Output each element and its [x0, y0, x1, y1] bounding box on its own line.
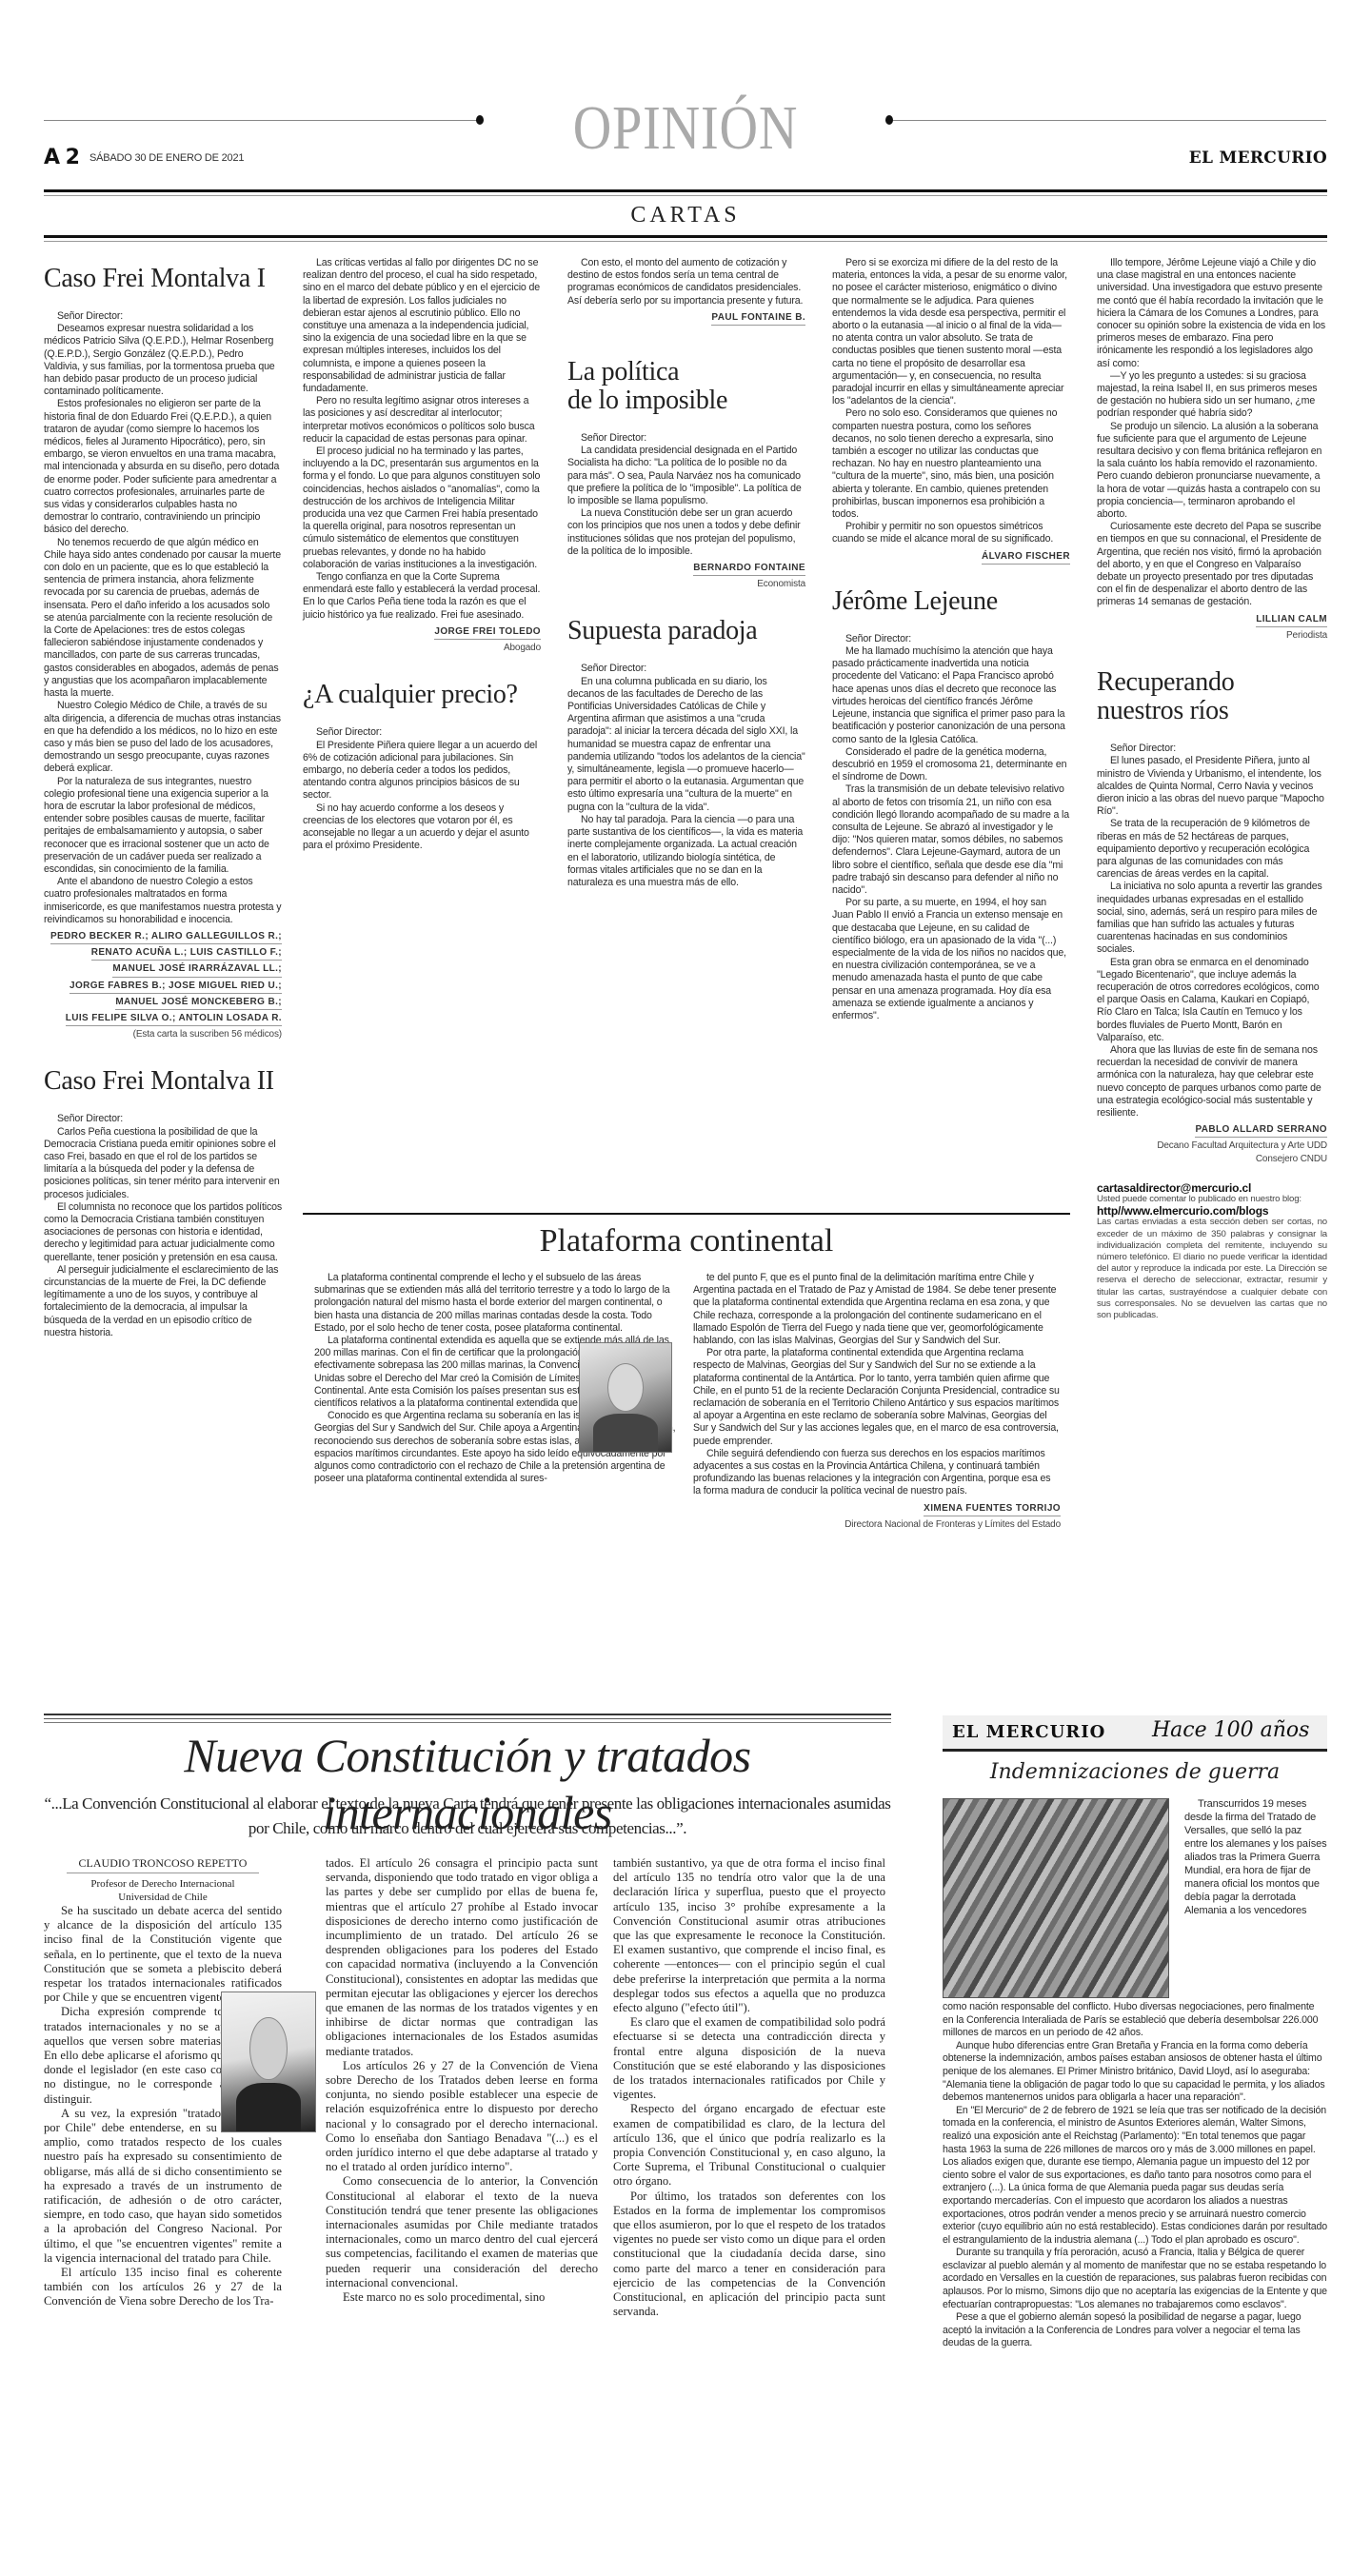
title-line: de lo imposible: [567, 386, 727, 415]
page-number: A 2: [44, 146, 79, 169]
plataforma-top-rule: [303, 1213, 1070, 1215]
cartas-divider-thin: [44, 241, 1327, 242]
paragraph: En una columna publicada en su diario, l…: [567, 676, 805, 814]
letters-column-1: Caso Frei Montalva I Señor Director: Des…: [44, 257, 282, 1339]
paragraph: El proceso judicial no ha terminado y la…: [303, 446, 541, 571]
subsection-title: CARTAS: [590, 198, 781, 232]
signature-role: Abogado: [303, 642, 541, 654]
issue-date: SÁBADO 30 DE ENERO DE 2021: [89, 152, 244, 164]
signature-note: (Esta carta la suscriben 56 médicos): [44, 1028, 282, 1040]
column-pullquote: “...La Convención Constitucional al elab…: [44, 1792, 891, 1841]
author-photo: [579, 1342, 672, 1453]
paper-logo: EL MERCURIO: [1189, 149, 1327, 168]
signature-role: Periodista: [1097, 629, 1327, 642]
hace100-title: Indemnizaciones de guerra: [943, 1759, 1327, 1786]
letter-title: ¿A cualquier precio?: [303, 681, 541, 709]
paragraph: Se trata de la recuperación de 9 kilómet…: [1097, 818, 1327, 881]
paragraph: Ahora que las lluvias de este fin de sem…: [1097, 1044, 1327, 1120]
paragraph: El columnista no reconoce que los partid…: [44, 1201, 282, 1264]
paragraph: Como consecuencia de lo anterior, la Con…: [326, 2174, 598, 2290]
paragraph: Por otra parte, la plataforma continenta…: [693, 1347, 1061, 1448]
salutation: Señor Director:: [1097, 743, 1327, 755]
letter-title: Caso Frei Montalva I: [44, 265, 282, 293]
portrait-body: [593, 1414, 657, 1452]
letters-column-5: Illo tempore, Jérôme Lejeune viajó a Chi…: [1097, 257, 1327, 1321]
ornament-dot-icon: [885, 115, 893, 125]
paragraph: Nuestro Colegio Médico de Chile, a travé…: [44, 700, 282, 775]
letter-title: La política de lo imposible: [567, 358, 805, 415]
paragraph: La nueva Constitución debe ser un gran a…: [567, 507, 805, 558]
paragraph: Este marco no es solo procedimental, sin…: [326, 2290, 598, 2305]
hace100-script: Hace 100 años: [1152, 1718, 1309, 1742]
signature: PEDRO BECKER R.; ALIRO GALLEGUILLOS R.;: [50, 930, 282, 944]
archive-war-photo: [943, 1798, 1169, 1998]
paragraph: El artículo 135 inciso final es coherent…: [44, 2266, 282, 2309]
author-photo: [221, 1991, 316, 2132]
paragraph: No hay tal paradoja. Para la ciencia —o …: [567, 814, 805, 889]
paragraph: te del punto F, que es el punto final de…: [693, 1272, 1061, 1347]
paragraph: Carlos Peña cuestiona la posibilidad de …: [44, 1126, 282, 1201]
ornament-dot-icon: [476, 115, 484, 125]
paragraph: Chile seguirá defendiendo con fuerza sus…: [693, 1448, 1061, 1498]
salutation: Señor Director:: [44, 1113, 282, 1125]
signature-role: Directora Nacional de Fronteras y Límite…: [693, 1518, 1061, 1531]
paragraph: Si no hay acuerdo conforme a los deseos …: [303, 803, 541, 853]
paragraph: Con esto, el monto del aumento de cotiza…: [567, 257, 805, 307]
paragraph: La candidata presidencial designada en e…: [567, 445, 805, 507]
paragraph: Curiosamente este decreto del Papa se su…: [1097, 521, 1327, 608]
paragraph: La iniciativa no solo apunta a revertir …: [1097, 881, 1327, 956]
paragraph: Se ha suscitado un debate acerca del sen…: [44, 1904, 282, 2005]
column-text-3: también sustantivo, ya que de otra forma…: [613, 1856, 885, 2320]
paragraph: Los artículos 26 y 27 de la Convención d…: [326, 2059, 598, 2175]
masthead-divider: [44, 189, 1327, 192]
author-block: CLAUDIO TRONCOSO REPETTO Profesor de Der…: [53, 1856, 272, 1904]
salutation: Señor Director:: [567, 663, 805, 675]
signature: RENATO ACUÑA L.; LUIS CASTILLO F.;: [91, 946, 282, 961]
portrait-face: [607, 1363, 644, 1412]
role-line: Decano Facultad Arquitectura y Arte UDD: [1157, 1140, 1327, 1151]
portrait-body: [236, 2083, 302, 2131]
paragraph: En "El Mercurio" de 2 de febrero de 1921…: [943, 2105, 1327, 2248]
cartas-divider: [44, 235, 1327, 238]
signature-role: Economista: [567, 578, 805, 590]
paragraph: Respecto del órgano encargado de efectua…: [613, 2102, 885, 2189]
hace100-body: como nación responsable del conflicto. H…: [943, 2001, 1327, 2350]
signature: XIMENA FUENTES TORRIJO: [924, 1502, 1061, 1516]
paragraph: Ante el abandono de nuestro Colegio a es…: [44, 876, 282, 926]
paragraph: Illo tempore, Jérôme Lejeune viajó a Chi…: [1097, 257, 1327, 370]
paragraph: Aunque hubo diferencias entre Gran Breta…: [943, 2040, 1327, 2105]
paragraph: El Presidente Piñera quiere llegar a un …: [303, 740, 541, 803]
salutation: Señor Director:: [832, 633, 1070, 645]
column-top-rule-2: [44, 1718, 891, 1719]
paragraph: Tras la transmisión de un debate televis…: [832, 783, 1070, 897]
paragraph: Por la naturaleza de sus integrantes, nu…: [44, 776, 282, 877]
signature: LUIS FELIPE SILVA O.; ANTOLIN LOSADA R.: [66, 1012, 282, 1026]
signature-role: Decano Facultad Arquitectura y Arte UDD …: [1097, 1139, 1327, 1164]
salutation: Señor Director:: [567, 432, 805, 445]
blog-link[interactable]: http//www.elmercurio.com/blogs: [1097, 1205, 1327, 1217]
paragraph: como nación responsable del conflicto. H…: [943, 2001, 1327, 2040]
letters-column-4: Pero si se exorciza mi difiere de la del…: [832, 257, 1070, 1022]
paragraph: Transcurridos 19 meses desde la firma de…: [1184, 1797, 1327, 1917]
letter-title: Recuperando nuestros ríos: [1097, 668, 1327, 725]
role-line: Consejero CNDU: [1256, 1154, 1327, 1164]
signature: PABLO ALLARD SERRANO: [1195, 1123, 1327, 1138]
letters-column-3: Con esto, el monto del aumento de cotiza…: [567, 257, 805, 889]
paragraph: Tengo confianza en que la Corte Suprema …: [303, 571, 541, 622]
author-affiliation: Universidad de Chile: [53, 1891, 272, 1904]
paragraph: Esta gran obra se enmarca en el denomina…: [1097, 957, 1327, 1044]
paragraph: Por su parte, a su muerte, en 1994, el h…: [832, 897, 1070, 1022]
paragraph: Pero si se exorciza mi difiere de la del…: [832, 257, 1070, 407]
paragraph: también sustantivo, ya que de otra forma…: [613, 1856, 885, 2015]
column-text-2: tados. El artículo 26 consagra el princi…: [326, 1856, 598, 2305]
plataforma-title: Plataforma continental: [303, 1222, 1070, 1260]
letters-column-2: Las críticas vertidas al fallo por dirig…: [303, 257, 541, 852]
paragraph: Pese a que el gobierno alemán sopesó la …: [943, 2311, 1327, 2350]
title-line: nuestros ríos: [1097, 696, 1228, 725]
column-top-rule-3: [44, 1722, 891, 1723]
signature: PAUL FONTAINE B.: [711, 311, 805, 326]
author-name: CLAUDIO TRONCOSO REPETTO: [67, 1856, 259, 1873]
signature: JORGE FABRES B.; JOSE MIGUEL RIED U.;: [70, 980, 282, 994]
paragraph: El lunes pasado, el Presidente Piñera, j…: [1097, 755, 1327, 818]
masthead-divider-thin: [44, 195, 1327, 196]
portrait-face: [249, 2017, 287, 2080]
paragraph: Considerado el padre de la genética mode…: [832, 746, 1070, 784]
signature: BERNARDO FONTAINE: [693, 562, 805, 576]
salutation: Señor Director:: [44, 310, 282, 323]
author-role: Profesor de Derecho Internacional: [53, 1877, 272, 1891]
email-link[interactable]: cartasaldirector@mercurio.cl: [1097, 1182, 1327, 1194]
letters-policy: Las cartas enviadas a esta sección deben…: [1097, 1217, 1327, 1321]
hace100-brand: EL MERCURIO: [952, 1722, 1105, 1742]
paragraph: La plataforma continental comprende el l…: [314, 1272, 676, 1335]
letter-title: Supuesta paradoja: [567, 617, 805, 645]
paragraph: Me ha llamado muchísimo la atención que …: [832, 645, 1070, 746]
paragraph: Por último, los tratados son deferentes …: [613, 2190, 885, 2320]
signature: MANUEL JOSÉ MONCKEBERG B.;: [115, 996, 282, 1010]
paragraph: Pero no resulta legítimo asignar otros i…: [303, 395, 541, 446]
letter-title: Caso Frei Montalva II: [44, 1067, 282, 1096]
salutation: Señor Director:: [303, 726, 541, 739]
paragraph: Al perseguir judicialmente el esclarecim…: [44, 1264, 282, 1339]
title-line: La política: [567, 357, 679, 386]
title-line: Recuperando: [1097, 667, 1234, 697]
paragraph: No tenemos recuerdo de que algún médico …: [44, 537, 282, 701]
signature: JORGE FREI TOLEDO: [434, 625, 541, 640]
paragraph: Estos profesionales no eligieron ser par…: [44, 398, 282, 536]
paragraph: Es claro que el examen de compatibilidad…: [613, 2015, 885, 2102]
paragraph: Deseamos expresar nuestra solidaridad a …: [44, 323, 282, 398]
signature: LILLIAN CALM: [1256, 613, 1327, 627]
section-title: OPINIÓN: [524, 95, 847, 162]
signature: ÁLVARO FISCHER: [982, 550, 1070, 565]
letter-title: Jérôme Lejeune: [832, 587, 1070, 616]
hace100-banner: EL MERCURIO Hace 100 años: [943, 1715, 1327, 1752]
paragraph: Prohibir y permitir no son opuestos simé…: [832, 521, 1070, 545]
paragraph: Las críticas vertidas al fallo por dirig…: [303, 257, 541, 395]
paragraph: Pero no solo eso. Consideramos que quien…: [832, 407, 1070, 521]
hace100-intro: Transcurridos 19 meses desde la firma de…: [1184, 1797, 1327, 1917]
paragraph: Se produjo un silencio. La alusión a la …: [1097, 421, 1327, 522]
paragraph: Durante su tranquila y fría peroración, …: [943, 2247, 1327, 2311]
signature: MANUEL JOSÉ IRARRÁZAVAL LL.;: [112, 962, 282, 977]
signature-block: PEDRO BECKER R.; ALIRO GALLEGUILLOS R.; …: [44, 930, 282, 1028]
paragraph: tados. El artículo 26 consagra el princi…: [326, 1856, 598, 2059]
masthead-left-rule: [44, 120, 477, 121]
plataforma-column-2: te del punto F, que es el punto final de…: [693, 1272, 1061, 1557]
column-top-rule: [44, 1714, 891, 1715]
masthead-right-rule: [893, 120, 1326, 121]
paragraph: —Y yo les pregunto a ustedes: si su grac…: [1097, 370, 1327, 421]
contact-box: cartasaldirector@mercurio.cl Usted puede…: [1097, 1182, 1327, 1321]
